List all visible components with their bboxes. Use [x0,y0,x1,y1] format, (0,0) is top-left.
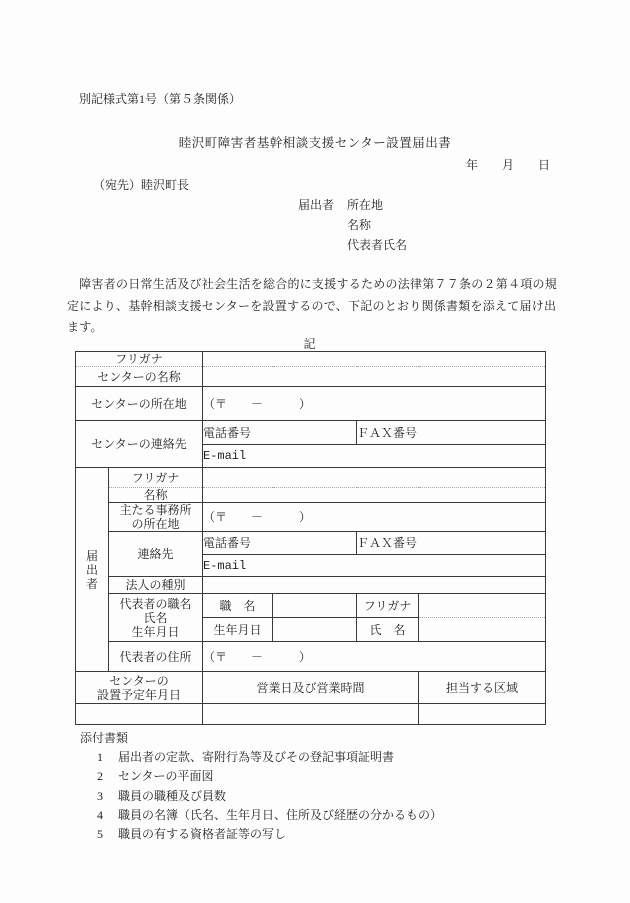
body-paragraph: 障害者の日常生活及び社会生活を総合的に支援するための法律第７７条の２第４項の規 … [67,274,551,339]
center-address-label: センターの所在地 [76,387,203,421]
rep-job-title-label: 職 名 [203,594,273,618]
center-furigana-cell [203,352,546,367]
attachment-number: 1 [97,748,118,767]
notifier-name-cell [203,488,546,503]
center-fax-cell: ＦＡＸ番号 [357,421,546,445]
attachment-text: 届出者の定款、寄附行為等及びその登記事項証明書 [118,750,394,764]
notifier-contact-label: 連絡先 [109,532,203,577]
attachments-heading: 添付書類 [80,729,128,746]
notifier-heading-line3: 代表者氏名 [347,236,407,253]
notifier-corp-type-cell [203,577,546,594]
area-label: 担当する区域 [419,672,546,704]
rep-furigana-cell [419,594,546,618]
body-line-2: 定により、基幹相談支援センターを設置するので、下記のとおり関係書類を添えて届け出 [67,296,551,318]
rep-furigana-label: フリガナ [357,594,419,618]
attachment-number: 5 [97,825,118,844]
attachment-item: 2センターの平面図 [97,767,442,786]
notifier-heading-line1: 届出者所在地 [298,196,383,213]
notifier-name-label: 名称 [109,488,203,503]
hours-cell [203,704,419,725]
page-title: 睦沢町障害者基幹相談支援センター設置届出書 [0,133,630,151]
attachment-number: 2 [97,767,118,786]
center-contact-label: センターの連絡先 [76,421,203,468]
attachment-text: 職員の名簿（氏名、生年月日、住所及び経歴の分かるもの） [118,808,442,822]
notifier-rep-label: 代表者の職名 氏名 生年月日 [109,594,203,642]
area-cell [419,704,546,725]
center-name-label: センターの名称 [76,367,203,387]
attachment-item: 3職員の職種及び員数 [97,787,442,806]
schedule-label: センターの 設置予定年月日 [76,672,203,704]
attachment-item: 4職員の名簿（氏名、生年月日、住所及び経歴の分かるもの） [97,806,442,825]
rep-birthdate-label: 生年月日 [203,618,273,642]
form-table-container: フリガナ センターの名称 センターの所在地 （〒 － ） センターの連絡先 電話… [75,351,546,725]
notifier-office-cell: （〒 － ） [203,503,546,532]
center-address-cell: （〒 － ） [203,387,546,421]
rep-address-label: 代表者の住所 [109,642,203,672]
rep-birthdate-cell [273,618,357,642]
attachment-item: 1届出者の定款、寄附行為等及びその登記事項証明書 [97,748,442,767]
center-tel-cell: 電話番号 [203,421,357,445]
rep-job-title-cell [273,594,357,618]
notifier-corp-type-label: 法人の種別 [109,577,203,594]
attachment-number: 3 [97,787,118,806]
ki-mark: 記 [75,335,545,352]
form-number: 別記様式第1号（第５条関係） [79,90,241,107]
rep-address-cell: （〒 － ） [203,642,546,672]
rep-name-label: 氏 名 [357,618,419,642]
attachments-list: 1届出者の定款、寄附行為等及びその登記事項証明書 2センターの平面図 3職員の職… [97,748,442,844]
attachment-text: 職員の有する資格者証等の写し [118,827,286,841]
attachment-text: 職員の職種及び員数 [118,789,226,803]
attachment-item: 5職員の有する資格者証等の写し [97,825,442,844]
notifier-vertical-label: 届 出 者 [76,468,109,672]
notifier-office-label: 主たる事務所 の所在地 [109,503,203,532]
attachment-number: 4 [97,806,118,825]
body-line-1: 障害者の日常生活及び社会生活を総合的に支援するための法律第７７条の２第４項の規 [67,274,551,296]
notifier-email-cell: E-mail [203,555,546,577]
notifier-fax-cell: ＦＡＸ番号 [357,532,546,555]
date-line: 年 月 日 [466,156,550,173]
notifier-tel-cell: 電話番号 [203,532,357,555]
center-email-cell: E-mail [203,445,546,468]
form-table: フリガナ センターの名称 センターの所在地 （〒 － ） センターの連絡先 電話… [75,351,546,725]
center-furigana-label: フリガナ [76,352,203,367]
center-name-cell [203,367,546,387]
document-page: 別記様式第1号（第５条関係） 睦沢町障害者基幹相談支援センター設置届出書 年 月… [0,0,630,903]
notifier-heading-line2: 名称 [347,216,371,233]
notifier-address-label: 所在地 [347,198,383,212]
notifier-furigana-label: フリガナ [109,468,203,488]
rep-name-cell [419,618,546,642]
hours-label: 営業日及び営業時間 [203,672,419,704]
notifier-label: 届出者 [298,198,334,212]
addressee-line: （宛先）睦沢町長 [93,176,189,193]
schedule-cell [76,704,203,725]
attachment-text: センターの平面図 [118,769,214,783]
notifier-furigana-cell [203,468,546,488]
